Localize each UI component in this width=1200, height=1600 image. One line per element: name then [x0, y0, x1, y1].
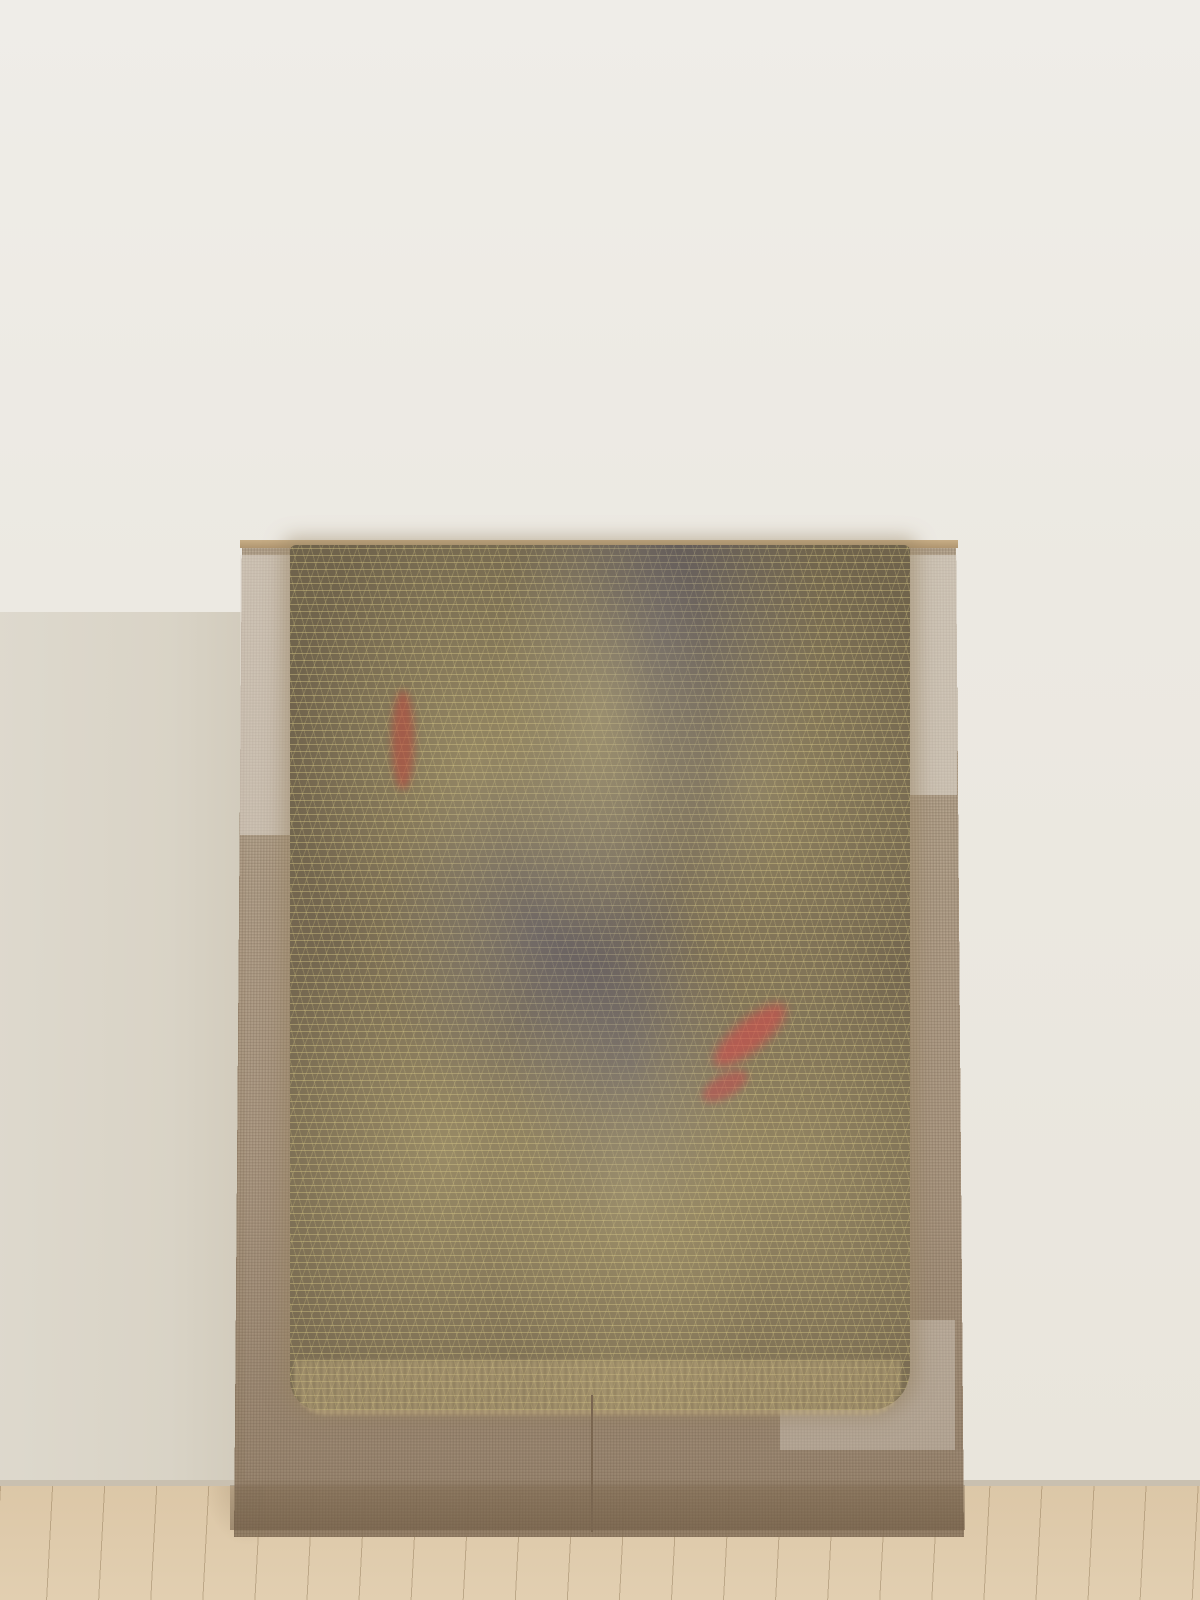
- mesh-left-translucent-area: [240, 555, 295, 835]
- mesh-hem: [230, 1485, 965, 1530]
- red-thread-accent-left: [392, 690, 414, 790]
- gallery-scene: [0, 0, 1200, 1600]
- mesh-right-translucent-area: [902, 555, 957, 795]
- wall-shadow: [0, 612, 245, 1482]
- mesh-seam: [591, 1395, 593, 1532]
- woven-textile-artwork: [290, 545, 910, 1410]
- textile-fringe: [295, 1360, 900, 1415]
